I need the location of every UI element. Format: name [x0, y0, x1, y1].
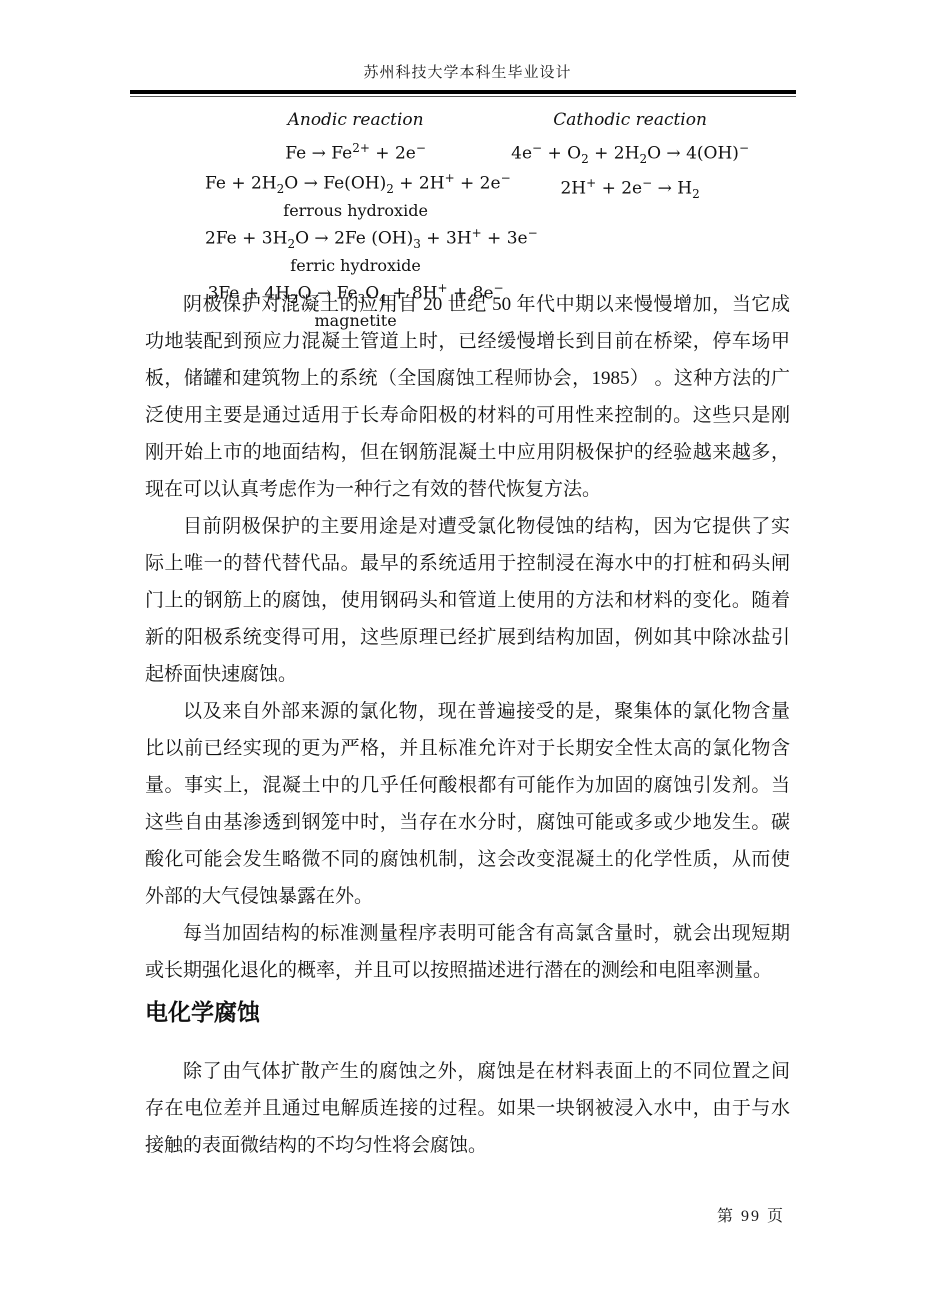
- page-number: 第 99 页: [717, 1203, 785, 1226]
- paragraph: 目前阴极保护的主要用途是对遭受氯化物侵蚀的结构，因为它提供了实际上唯一的替代替代…: [145, 508, 790, 693]
- equation-line: 2H+ + 2e− → H2: [506, 171, 754, 206]
- paragraph: 以及来自外部来源的氯化物，现在普遍接受的是，聚集体的氯化物含量比以前已经实现的更…: [145, 693, 790, 915]
- header-divider-rule: [130, 90, 796, 97]
- equation-line: 4e− + O2 + 2H2O → 4(OH)−: [506, 136, 754, 171]
- paragraph: 每当加固结构的标准测量程序表明可能含有高氯含量时，就会出现短期或长期强化退化的概…: [145, 915, 790, 989]
- equation-line: Fe + 2H2O → Fe(OH)2 + 2H+ + 2e−: [205, 166, 506, 201]
- equation-line: Fe → Fe2+ + 2e−: [205, 136, 506, 166]
- paragraph: 阴极保护对混凝土的应用自 20 世纪 50 年代中期以来慢慢增加，当它成功地装配…: [145, 286, 790, 508]
- paragraph: 除了由气体扩散产生的腐蚀之外，腐蚀是在材料表面上的不同位置之间存在电位差并且通过…: [145, 1053, 790, 1164]
- running-header: 苏州科技大学本科生毕业设计: [145, 61, 790, 82]
- document-body: 阴极保护对混凝土的应用自 20 世纪 50 年代中期以来慢慢增加，当它成功地装配…: [145, 286, 790, 1164]
- cathodic-equations: 4e− + O2 + 2H2O → 4(OH)−2H+ + 2e− → H2: [506, 136, 754, 206]
- reaction-product-label: ferrous hydroxide: [205, 201, 506, 221]
- section-heading: 电化学腐蚀: [145, 997, 790, 1027]
- anodic-reaction-title: Anodic reaction: [205, 108, 506, 132]
- document-page: 苏州科技大学本科生毕业设计 Anodic reaction Fe → Fe2+ …: [0, 0, 926, 1309]
- reaction-product-label: ferric hydroxide: [205, 256, 506, 276]
- equation-line: 2Fe + 3H2O → 2Fe (OH)3 + 3H+ + 3e−: [205, 221, 506, 256]
- cathodic-reaction-title: Cathodic reaction: [506, 108, 754, 132]
